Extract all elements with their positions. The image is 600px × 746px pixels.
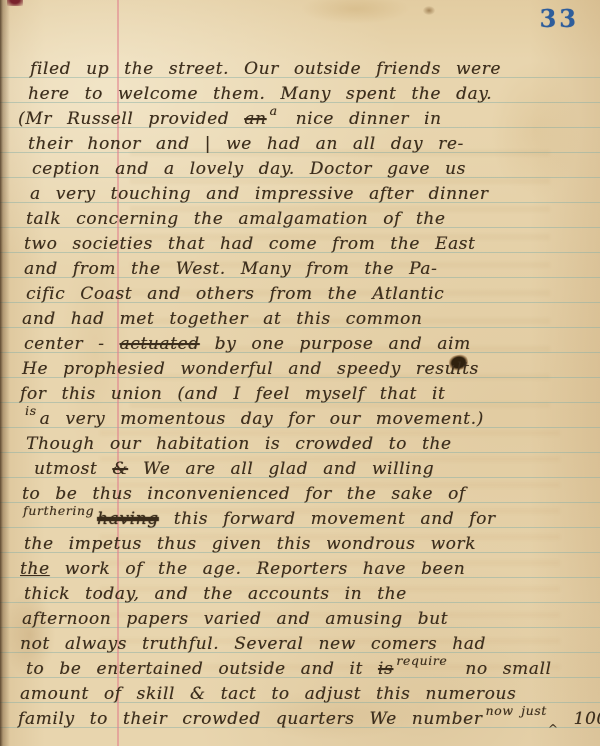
handwriting-scribble: having xyxy=(97,509,159,529)
handwriting-text: to be entertained outside and it xyxy=(26,659,378,679)
handwritten-line: utmost & We are all glad and willing xyxy=(34,457,434,482)
handwritten-line: the impetus thus given this wondrous wor… xyxy=(24,532,476,557)
handwritten-line: the work of the age. Reporters have been xyxy=(20,557,465,582)
handwritten-line: talk concerning the amalgamation of the xyxy=(26,207,446,232)
handwriting-text: here to welcome them. Many spent the day… xyxy=(28,84,492,104)
handwritten-line: Though our habitation is crowded to the xyxy=(26,432,452,457)
handwriting-text: Though our habitation is crowded to the xyxy=(26,434,452,454)
handwriting-text: thick today, and the accounts in the xyxy=(24,584,407,604)
handwritten-line: (Mr Russell provided ana nice dinner in xyxy=(18,107,442,132)
handwriting-text: the impetus thus given this wondrous wor… xyxy=(24,534,476,554)
handwriting-text: for this union (and I feel myself that i… xyxy=(20,384,445,404)
handwritten-line: ception and a lovely day. Doctor gave us xyxy=(32,157,466,182)
handwriting-text: center - xyxy=(24,334,120,354)
handwriting-text: utmost xyxy=(34,459,112,479)
handwriting-text: filed up the street. Our outside friends… xyxy=(30,59,501,79)
handwriting-text: ception and a lovely day. Doctor gave us xyxy=(32,159,466,179)
handwriting-text: this forward movement and for xyxy=(159,509,496,529)
handwriting-text: no small xyxy=(450,659,551,679)
handwriting-text: family to their crowded quarters We numb… xyxy=(18,709,482,729)
handwriting-strike: is xyxy=(378,659,393,679)
handwriting-text: 100. xyxy=(559,709,600,729)
handwriting-text: (Mr Russell provided xyxy=(18,109,244,129)
handwritten-line: amount of skill & tact to adjust this nu… xyxy=(20,682,516,707)
handwriting-text: a very touching and impressive after din… xyxy=(30,184,489,204)
handwritten-line: family to their crowded quarters We numb… xyxy=(18,707,600,732)
handwriting-sup: a xyxy=(270,103,278,118)
handwriting-text: talk concerning the amalgamation of the xyxy=(26,209,446,229)
handwriting-text: cific Coast and others from the Atlantic xyxy=(26,284,444,304)
handwritten-line: center - actuated by one purpose and aim xyxy=(24,332,471,357)
handwriting-text: their honor and | we had an all day re- xyxy=(28,134,464,154)
handwriting-text: to be thus inconvenienced for the sake o… xyxy=(22,484,466,504)
handwriting-text: by one purpose and aim xyxy=(200,334,471,354)
handwritten-line: furtheringhaving this forward movement a… xyxy=(20,507,496,532)
handwritten-line: isa very momentous day for our movement.… xyxy=(22,407,484,432)
handwritten-line: to be entertained outside and it isrequi… xyxy=(26,657,552,682)
handwriting-text: and had met together at this common xyxy=(22,309,422,329)
handwriting-text: not always truthful. Several new comers … xyxy=(20,634,486,654)
handwritten-line: and from the West. Many from the Pa- xyxy=(24,257,437,282)
handwriting-text: work of the age. Reporters have been xyxy=(50,559,466,579)
handwriting-caret: ^ xyxy=(548,722,559,736)
handwriting-underline: the xyxy=(20,559,50,579)
handwriting-strike: actuated xyxy=(120,334,200,354)
handwriting-sup: now just xyxy=(485,703,546,718)
handwriting-sup: furthering xyxy=(23,503,94,518)
handwritten-line: two societies that had come from the Eas… xyxy=(24,232,475,257)
handwriting-text: We are all glad and willing xyxy=(128,459,434,479)
manuscript-page: 33 filed up the street. Our outside frie… xyxy=(0,0,600,746)
handwriting-text: a very momentous day for our movement.) xyxy=(40,409,484,429)
handwritten-line: for this union (and I feel myself that i… xyxy=(20,382,445,407)
handwritten-line: afternoon papers varied and amusing but xyxy=(22,607,448,632)
handwriting-strike: an xyxy=(244,109,266,129)
handwritten-line: here to welcome them. Many spent the day… xyxy=(28,82,492,107)
handwritten-line: a very touching and impressive after din… xyxy=(30,182,489,207)
handwriting-text: afternoon papers varied and amusing but xyxy=(22,609,448,629)
handwriting-text: nice dinner in xyxy=(281,109,442,129)
handwritten-line: cific Coast and others from the Atlantic xyxy=(26,282,444,307)
handwriting-strike: & xyxy=(112,459,128,479)
handwriting-text: He prophesied wonderful and speedy resul… xyxy=(22,359,479,379)
handwritten-line: their honor and | we had an all day re- xyxy=(28,132,464,157)
handwritten-line: thick today, and the accounts in the xyxy=(24,582,407,607)
handwriting-text: and from the West. Many from the Pa- xyxy=(24,259,437,279)
handwritten-line: He prophesied wonderful and speedy resul… xyxy=(22,357,479,382)
handwriting-layer: filed up the street. Our outside friends… xyxy=(0,0,600,746)
handwriting-text: amount of skill & tact to adjust this nu… xyxy=(20,684,516,704)
handwritten-line: filed up the street. Our outside friends… xyxy=(30,57,501,82)
handwriting-sup: require xyxy=(396,653,447,668)
handwriting-sup: is xyxy=(25,403,37,418)
handwritten-line: and had met together at this common xyxy=(22,307,422,332)
handwriting-text: two societies that had come from the Eas… xyxy=(24,234,475,254)
